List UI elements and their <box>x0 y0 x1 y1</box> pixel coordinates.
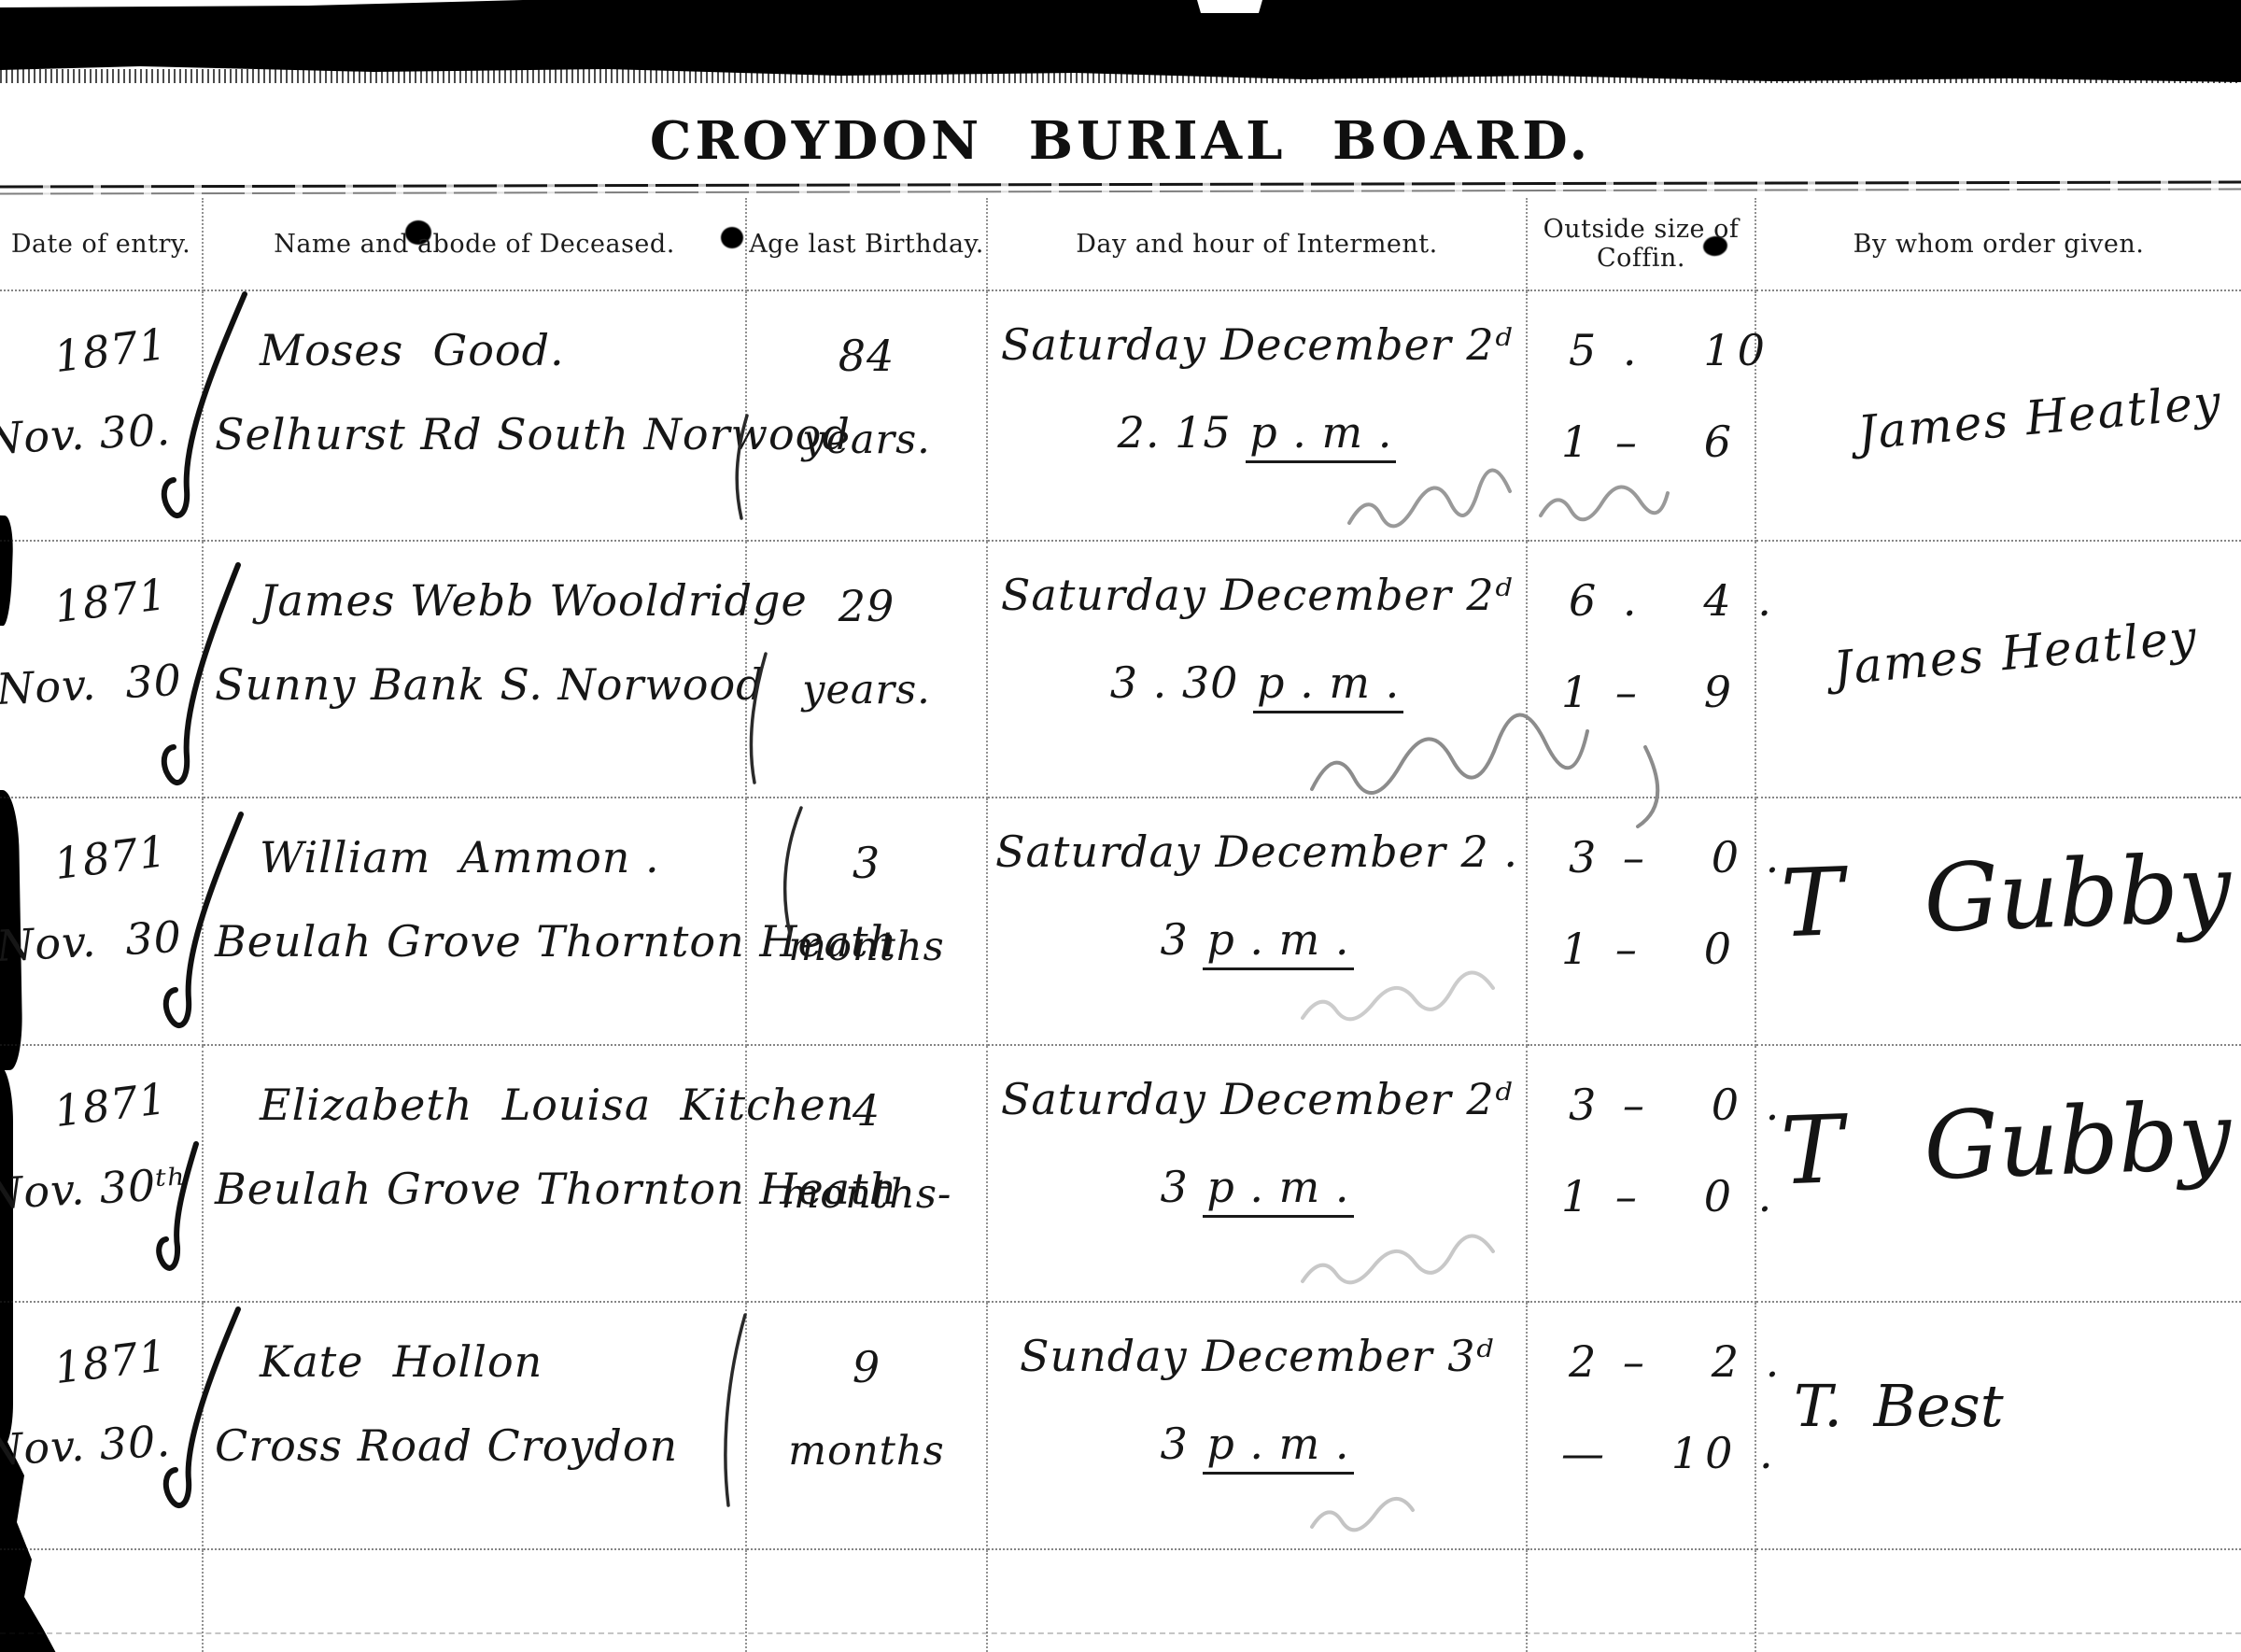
cell-interment: Saturday December 2ᵈ 3 . 30 p . m . <box>988 542 1528 798</box>
age-unit: months- <box>747 1171 986 1218</box>
cell-name-abode: Kate Hollon Cross Road Croydon <box>204 1303 747 1550</box>
page-title: CROYDON BURIAL BOARD. <box>0 110 2241 172</box>
entry-date: Nov. 30 <box>0 911 183 971</box>
cell-age: 4 months- <box>747 1046 988 1303</box>
interment-hour: 3 p . m . <box>988 914 1526 965</box>
burial-register-page: { "page": { "title": "CROYDON BURIAL BOA… <box>0 0 2241 1652</box>
cell-name-abode: Elizabeth Louisa Kitchen Beulah Grove Th… <box>204 1046 747 1303</box>
deceased-name: James Webb Wooldridge <box>260 575 808 626</box>
coffin-size-1: 3 – 0 . <box>1569 832 1785 882</box>
cell-interment: Saturday December 2 . 3 p . m . <box>988 798 1528 1046</box>
empty-cell <box>0 1550 204 1652</box>
cell-order-given: T Gubby <box>1756 798 2241 1046</box>
interment-time: 3 <box>1160 1419 1188 1469</box>
entry-date: Nov. 30 <box>0 655 183 714</box>
cell-age: 84 years. <box>747 291 988 542</box>
age-value: 4 <box>747 1085 986 1136</box>
cell-date-entry: 1871 Nov. 30. <box>0 291 204 542</box>
cell-date-entry: 1871 Nov. 30 <box>0 798 204 1046</box>
age-unit: years. <box>747 667 986 713</box>
interment-time: 2. 15 <box>1118 407 1232 458</box>
header-name-abode: Name and abode of Deceased. <box>204 198 747 291</box>
cell-coffin-size: 3 – 0 . 1 – 0 . <box>1528 1046 1756 1303</box>
coffin-size-1: 3 – 0 . <box>1569 1080 1785 1130</box>
entry-date: Nov. 30ᵗʰ <box>0 1158 189 1219</box>
cell-name-abode: William Ammon . Beulah Grove Thornton He… <box>204 798 747 1046</box>
interment-day: Saturday December 2ᵈ <box>988 319 1526 370</box>
interment-time: 3 <box>1160 1162 1188 1212</box>
entry-year: 1871 <box>51 826 170 889</box>
empty-cell <box>1756 1550 2241 1652</box>
interment-time: 3 <box>1160 914 1188 965</box>
age-unit: months <box>747 924 986 970</box>
cell-coffin-size: 3 – 0 . 1 – 0 <box>1528 798 1756 1046</box>
age-value: 3 <box>747 838 986 888</box>
age-unit: months <box>747 1428 986 1475</box>
header-coffin: Outside size of Coffin. <box>1528 198 1756 291</box>
cell-coffin-size: 5 . 10 1 – 6 <box>1528 291 1756 542</box>
age-value: 29 <box>747 581 986 631</box>
age-unit: years. <box>747 417 986 463</box>
cell-interment: Saturday December 2ᵈ 2. 15 p . m . <box>988 291 1528 542</box>
cell-order-given: James Heatley <box>1756 542 2241 798</box>
entry-year: 1871 <box>51 569 170 632</box>
coffin-size-2: 1 – 0 . <box>1561 1171 1778 1221</box>
cell-date-entry: 1871 Nov. 30. <box>0 1303 204 1550</box>
coffin-size-1: 5 . 10 <box>1569 325 1771 375</box>
interment-hour: 2. 15 p . m . <box>988 407 1526 458</box>
interment-hour: 3 . 30 p . m . <box>988 657 1526 708</box>
cell-name-abode: Moses Good. Selhurst Rd South Norwood <box>204 291 747 542</box>
coffin-size-2: 1 – 6 <box>1561 417 1738 467</box>
deceased-abode: Cross Road Croydon <box>215 1420 678 1471</box>
cell-coffin-size: 6 . 4 . 1 – 9 <box>1528 542 1756 798</box>
cell-date-entry: 1871 Nov. 30 <box>0 542 204 798</box>
header-age: Age last Birthday. <box>747 198 988 291</box>
empty-cell <box>988 1550 1528 1652</box>
title-rule-2 <box>0 188 2241 194</box>
interment-day: Saturday December 2ᵈ <box>988 1074 1526 1124</box>
interment-day: Saturday December 2ᵈ <box>988 570 1526 620</box>
cell-coffin-size: 2 – 2 . — 10 . <box>1528 1303 1756 1550</box>
interment-time: 3 . 30 <box>1110 657 1239 708</box>
empty-cell <box>747 1550 988 1652</box>
entry-date: Nov. 30. <box>0 404 172 464</box>
entry-year: 1871 <box>51 1330 170 1393</box>
empty-cell <box>204 1550 747 1652</box>
empty-cell <box>1528 1550 1756 1652</box>
order-signature: James Heatley <box>1831 610 2200 696</box>
coffin-size-1: 6 . 4 . <box>1569 575 1778 626</box>
coffin-size-2: 1 – 9 <box>1561 667 1738 717</box>
title-rule <box>0 180 2241 188</box>
interment-meridiem: p . m . <box>1203 1162 1353 1218</box>
coffin-size-2: — 10 . <box>1561 1428 1780 1478</box>
header-interment: Day and hour of Interment. <box>988 198 1528 291</box>
entry-year: 1871 <box>51 1073 170 1137</box>
order-signature: T Gubby <box>1779 1081 2233 1207</box>
cell-order-given: James Heatley <box>1756 291 2241 542</box>
header-date-of-entry: Date of entry. <box>0 198 204 291</box>
header-order-given: By whom order given. <box>1756 198 2241 291</box>
cell-order-given: T Gubby <box>1756 1046 2241 1303</box>
interment-meridiem: p . m . <box>1203 1419 1353 1475</box>
coffin-size-1: 2 – 2 . <box>1569 1336 1785 1387</box>
order-signature: T Gubby <box>1779 834 2233 959</box>
interment-hour: 3 p . m . <box>988 1419 1526 1469</box>
coffin-size-2: 1 – 0 <box>1561 924 1738 974</box>
cell-order-given: T. Best <box>1756 1303 2241 1550</box>
interment-meridiem: p . m . <box>1203 914 1353 970</box>
entry-date: Nov. 30. <box>0 1416 172 1476</box>
cell-interment: Saturday December 2ᵈ 3 p . m . <box>988 1046 1528 1303</box>
deceased-name: Kate Hollon <box>260 1336 543 1387</box>
age-value: 9 <box>747 1342 986 1392</box>
cell-age: 29 years. <box>747 542 988 798</box>
order-signature: James Heatley <box>1855 374 2224 460</box>
cell-age: 3 months <box>747 798 988 1046</box>
register-table: Date of entry. Name and abode of Decease… <box>0 198 2241 1652</box>
interment-meridiem: p . m . <box>1246 407 1396 463</box>
deceased-abode: Sunny Bank S. Norwood <box>215 659 765 710</box>
cell-interment: Sunday December 3ᵈ 3 p . m . <box>988 1303 1528 1550</box>
cell-date-entry: 1871 Nov. 30ᵗʰ <box>0 1046 204 1303</box>
age-value: 84 <box>747 331 986 381</box>
entry-year: 1871 <box>51 318 170 382</box>
interment-meridiem: p . m . <box>1253 657 1403 713</box>
interment-day: Saturday December 2 . <box>988 826 1526 877</box>
interment-day: Sunday December 3ᵈ <box>988 1331 1526 1381</box>
cell-age: 9 months <box>747 1303 988 1550</box>
deceased-name: Moses Good. <box>260 325 565 375</box>
deceased-name: William Ammon . <box>260 832 660 882</box>
cell-name-abode: James Webb Wooldridge Sunny Bank S. Norw… <box>204 542 747 798</box>
interment-hour: 3 p . m . <box>988 1162 1526 1212</box>
order-signature: T. Best <box>1794 1372 2004 1440</box>
